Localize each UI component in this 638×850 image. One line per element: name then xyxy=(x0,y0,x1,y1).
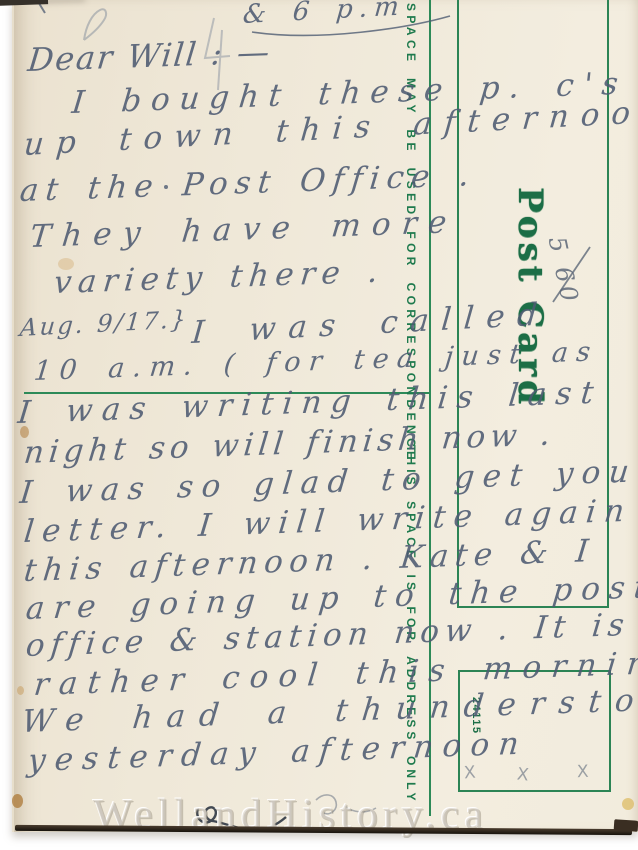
postcard-scan: SPACE MAY BE USED FOR CORRESPONDENCE THI… xyxy=(0,0,638,850)
handwriting-line: They have more xyxy=(28,207,459,253)
handwriting-line: Dear Will : — xyxy=(26,35,272,76)
handwritten-message: & 6 p.mDear Will : —I bought these p. c'… xyxy=(0,0,638,850)
handwriting-line: at the Post Office . xyxy=(18,160,477,207)
handwriting-line: variety there . xyxy=(52,256,386,299)
corner-shadow xyxy=(614,819,638,832)
handwriting-line: & 6 p.m xyxy=(242,0,407,28)
handwriting-line: Aug. 9/17.} xyxy=(19,307,189,340)
